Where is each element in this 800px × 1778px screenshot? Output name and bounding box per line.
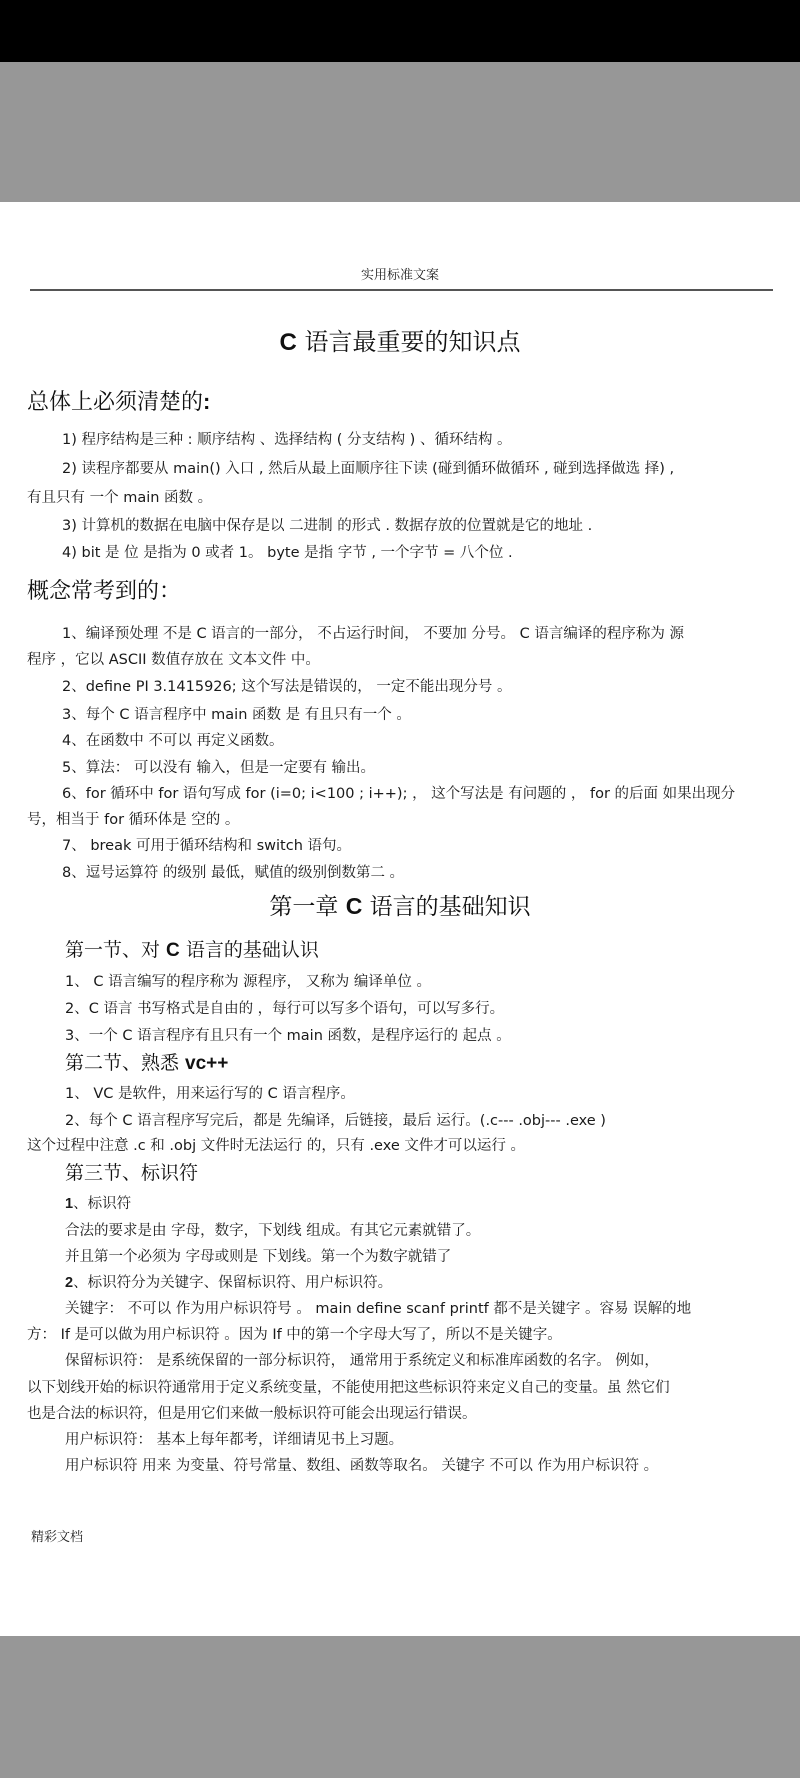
section3-sub1: 1、标识符 [65, 1192, 131, 1213]
section3-sub2: 2、标识符分为关键字、保留标识符、用户标识符。 [65, 1271, 392, 1292]
section2-heading: 第二节、熟悉 vc++ [65, 1048, 228, 1075]
section1-heading: 第一节、对 C 语言的基础认识 [65, 935, 319, 962]
top-black-bar [0, 0, 800, 62]
concept-item-6-cont: 号，相当于 for 循环体是 空的 。 [27, 808, 239, 829]
general-item-2-cont: 有且只有 一个 main 函数 。 [27, 486, 212, 507]
chapter-prefix: 第一章 [269, 894, 345, 920]
section3-heading: 第三节、标识符 [65, 1158, 198, 1185]
heading-colon: : [203, 389, 210, 414]
general-item-1: 1) 程序结构是三种 : 顺序结构 、选择结构 ( 分支结构 ) 、循环结构 。 [62, 428, 512, 449]
section1-item-1: 1、 C 语言编写的程序称为 源程序， 又称为 编译单位 。 [65, 970, 431, 991]
title-text: 语言最重要的知识点 [297, 328, 521, 356]
document-title: C 语言最重要的知识点 [0, 322, 800, 357]
page-header: 实用标准文案 [0, 264, 800, 283]
section1-c: C [166, 940, 180, 961]
section2-vc: vc++ [185, 1053, 228, 1074]
concept-item-7: 7、 break 可用于循环结构和 switch 语句。 [62, 834, 351, 855]
concept-item-8: 8、逗号运算符 的级别 最低，赋值的级别倒数第二 。 [62, 861, 404, 882]
section2-item-1: 1、 VC 是软件，用来运行写的 C 语言程序。 [65, 1082, 355, 1103]
section1-rest: 语言的基础认识 [180, 939, 319, 961]
user-identifier-paragraph-1: 用户标识符： 基本上每年都考，详细请见书上习题。 [65, 1428, 403, 1449]
reserved-paragraph-cont-1: 以下划线开始的标识符通常用于定义系统变量，不能使用把这些标识符来定义自己的变量。… [27, 1376, 670, 1397]
heading-text: 总体上必须清楚的 [27, 390, 203, 415]
concept-item-6: 6、for 循环中 for 语句写成 for (i=0; i<100 ; i++… [62, 782, 735, 803]
concept-item-3: 3、每个 C 语言程序中 main 函数 是 有且只有一个 。 [62, 703, 411, 724]
sub1-number: 1 [65, 1196, 73, 1212]
top-gray-margin [0, 62, 800, 202]
section2-item-2: 2、每个 C 语言程序写完后，都是 先编译，后链接，最后 运行。(.c--- .… [65, 1109, 606, 1130]
concept-item-2: 2、define PI 3.1415926; 这个写法是错误的， 一定不能出现分… [62, 675, 511, 696]
section1-item-3: 3、一个 C 语言程序有且只有一个 main 函数，是程序运行的 起点 。 [65, 1024, 511, 1045]
chapter-c: C [346, 893, 363, 919]
general-item-2: 2) 读程序都要从 main() 入口 , 然后从最上面顺序往下读 (碰到循环做… [62, 457, 674, 478]
user-identifier-paragraph-2: 用户标识符 用来 为变量、符号常量、数组、函数等取名。 关键字 不可以 作为用户… [65, 1454, 658, 1475]
sub2-number: 2 [65, 1275, 73, 1291]
section3-sub1-line-2: 并且第一个必须为 字母或则是 下划线。第一个为数字就错了 [65, 1245, 451, 1266]
header-divider [30, 289, 773, 291]
keyword-paragraph-cont: 方： If 是可以做为用户标识符 。因为 If 中的第一个字母大写了，所以不是关… [27, 1323, 562, 1344]
section1-prefix: 第一节、对 [65, 939, 166, 961]
chapter-rest: 语言的基础知识 [362, 894, 530, 920]
section-heading-concepts: 概念常考到的： [27, 574, 181, 605]
keyword-paragraph: 关键字： 不可以 作为用户标识符号 。 main define scanf pr… [65, 1297, 691, 1318]
section-heading-general: 总体上必须清楚的: [27, 385, 210, 416]
section3-sub1-line-1: 合法的要求是由 字母，数字，下划线 组成。有其它元素就错了。 [65, 1219, 480, 1240]
reserved-paragraph: 保留标识符： 是系统保留的一部分标识符， 通常用于系统定义和标准库函数的名字。 … [65, 1349, 659, 1370]
bottom-gray-margin [0, 1636, 800, 1778]
sub2-label: 、标识符分为关键字、保留标识符、用户标识符。 [73, 1275, 392, 1291]
concept-item-4: 4、在函数中 不可以 再定义函数。 [62, 729, 283, 750]
reserved-paragraph-cont-2: 也是合法的标识符，但是用它们来做一般标识符可能会出现运行错误。 [27, 1402, 477, 1423]
general-item-3: 3) 计算机的数据在电脑中保存是以 二进制 的形式 . 数据存放的位置就是它的地… [62, 514, 592, 535]
section1-item-2: 2、C 语言 书写格式是自由的 ，每行可以写多个语句，可以写多行。 [65, 997, 504, 1018]
chapter-title: 第一章 C 语言的基础知识 [0, 888, 800, 921]
concept-item-1: 1、编译预处理 不是 C 语言的一部分， 不占运行时间， 不要加 分号。 C 语… [62, 622, 684, 643]
title-c: C [280, 329, 297, 356]
section2-item-2-cont: 这个过程中注意 .c 和 .obj 文件时无法运行 的，只有 .exe 文件才可… [27, 1134, 525, 1155]
concept-item-5: 5、算法： 可以没有 输入，但是一定要有 输出。 [62, 756, 375, 777]
concept-item-1-cont: 程序 ，它以 ASCII 数值存放在 文本文件 中。 [27, 648, 320, 669]
sub1-label: 、标识符 [73, 1196, 131, 1212]
general-item-4: 4) bit 是 位 是指为 0 或者 1。 byte 是指 字节 , 一个字节… [62, 541, 513, 562]
page-footer: 精彩文档 [31, 1526, 83, 1545]
section2-prefix: 第二节、熟悉 [65, 1052, 185, 1074]
